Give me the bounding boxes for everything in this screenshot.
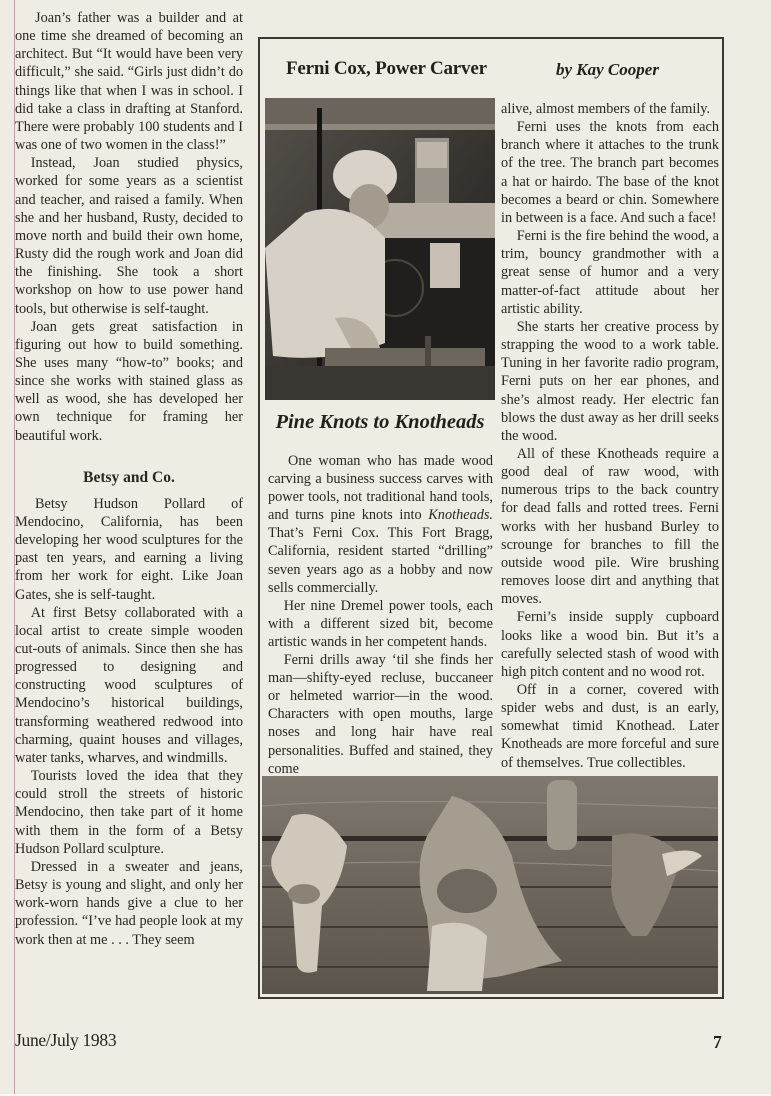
paragraph-text: That’s Ferni Cox. This Fort Bragg, Calif…	[268, 525, 493, 595]
paragraph: Ferni drills away ‘til she finds her man…	[268, 651, 493, 778]
paragraph: Joan’s father was a builder and at one t…	[15, 9, 243, 154]
paragraph: Ferni uses the knots from each branch wh…	[501, 118, 719, 227]
paragraph: All of these Knotheads require a good de…	[501, 445, 719, 608]
photo-image-icon	[265, 98, 495, 400]
paragraph: Off in a corner, covered with spider web…	[501, 681, 719, 772]
paragraph: Instead, Joan studied physics, worked fo…	[15, 154, 243, 317]
paragraph: She starts her creative process by strap…	[501, 318, 719, 445]
paragraph: At first Betsy collaborated with a local…	[15, 604, 243, 767]
paragraph: alive, almost members of the family.	[501, 100, 719, 118]
paragraph: One woman who has made wood carving a bu…	[268, 452, 493, 597]
photo-image-icon	[262, 776, 718, 994]
paragraph: Joan gets great satisfaction in figuring…	[15, 318, 243, 445]
magazine-page: Joan’s father was a builder and at one t…	[0, 0, 771, 1096]
page-number: 7	[713, 1032, 722, 1053]
issue-date: June/July 1983	[15, 1030, 116, 1051]
left-column: Joan’s father was a builder and at one t…	[15, 9, 243, 949]
photo-knotheads	[262, 776, 718, 994]
paragraph: Her nine Dremel power tools, each with a…	[268, 597, 493, 651]
article-subheading: Pine Knots to Knotheads	[267, 411, 493, 434]
paragraph: Ferni’s inside supply cupboard looks lik…	[501, 608, 719, 681]
article-title: Ferni Cox, Power Carver	[286, 58, 487, 80]
paragraph: Dressed in a sweater and jeans, Betsy is…	[15, 858, 243, 949]
article-middle-column: One woman who has made wood carving a bu…	[268, 452, 493, 778]
section-heading: Betsy and Co.	[15, 469, 243, 487]
photo-ferni-carving	[265, 98, 495, 400]
article-right-column: alive, almost members of the family. Fer…	[501, 100, 719, 772]
article-byline: by Kay Cooper	[556, 60, 659, 80]
paragraph: Tourists loved the idea that they could …	[15, 767, 243, 858]
emphasized-term: Knotheads.	[428, 507, 493, 523]
paragraph: Ferni is the fire behind the wood, a tri…	[501, 227, 719, 318]
paragraph: Betsy Hudson Pollard of Mendocino, Calif…	[15, 495, 243, 604]
